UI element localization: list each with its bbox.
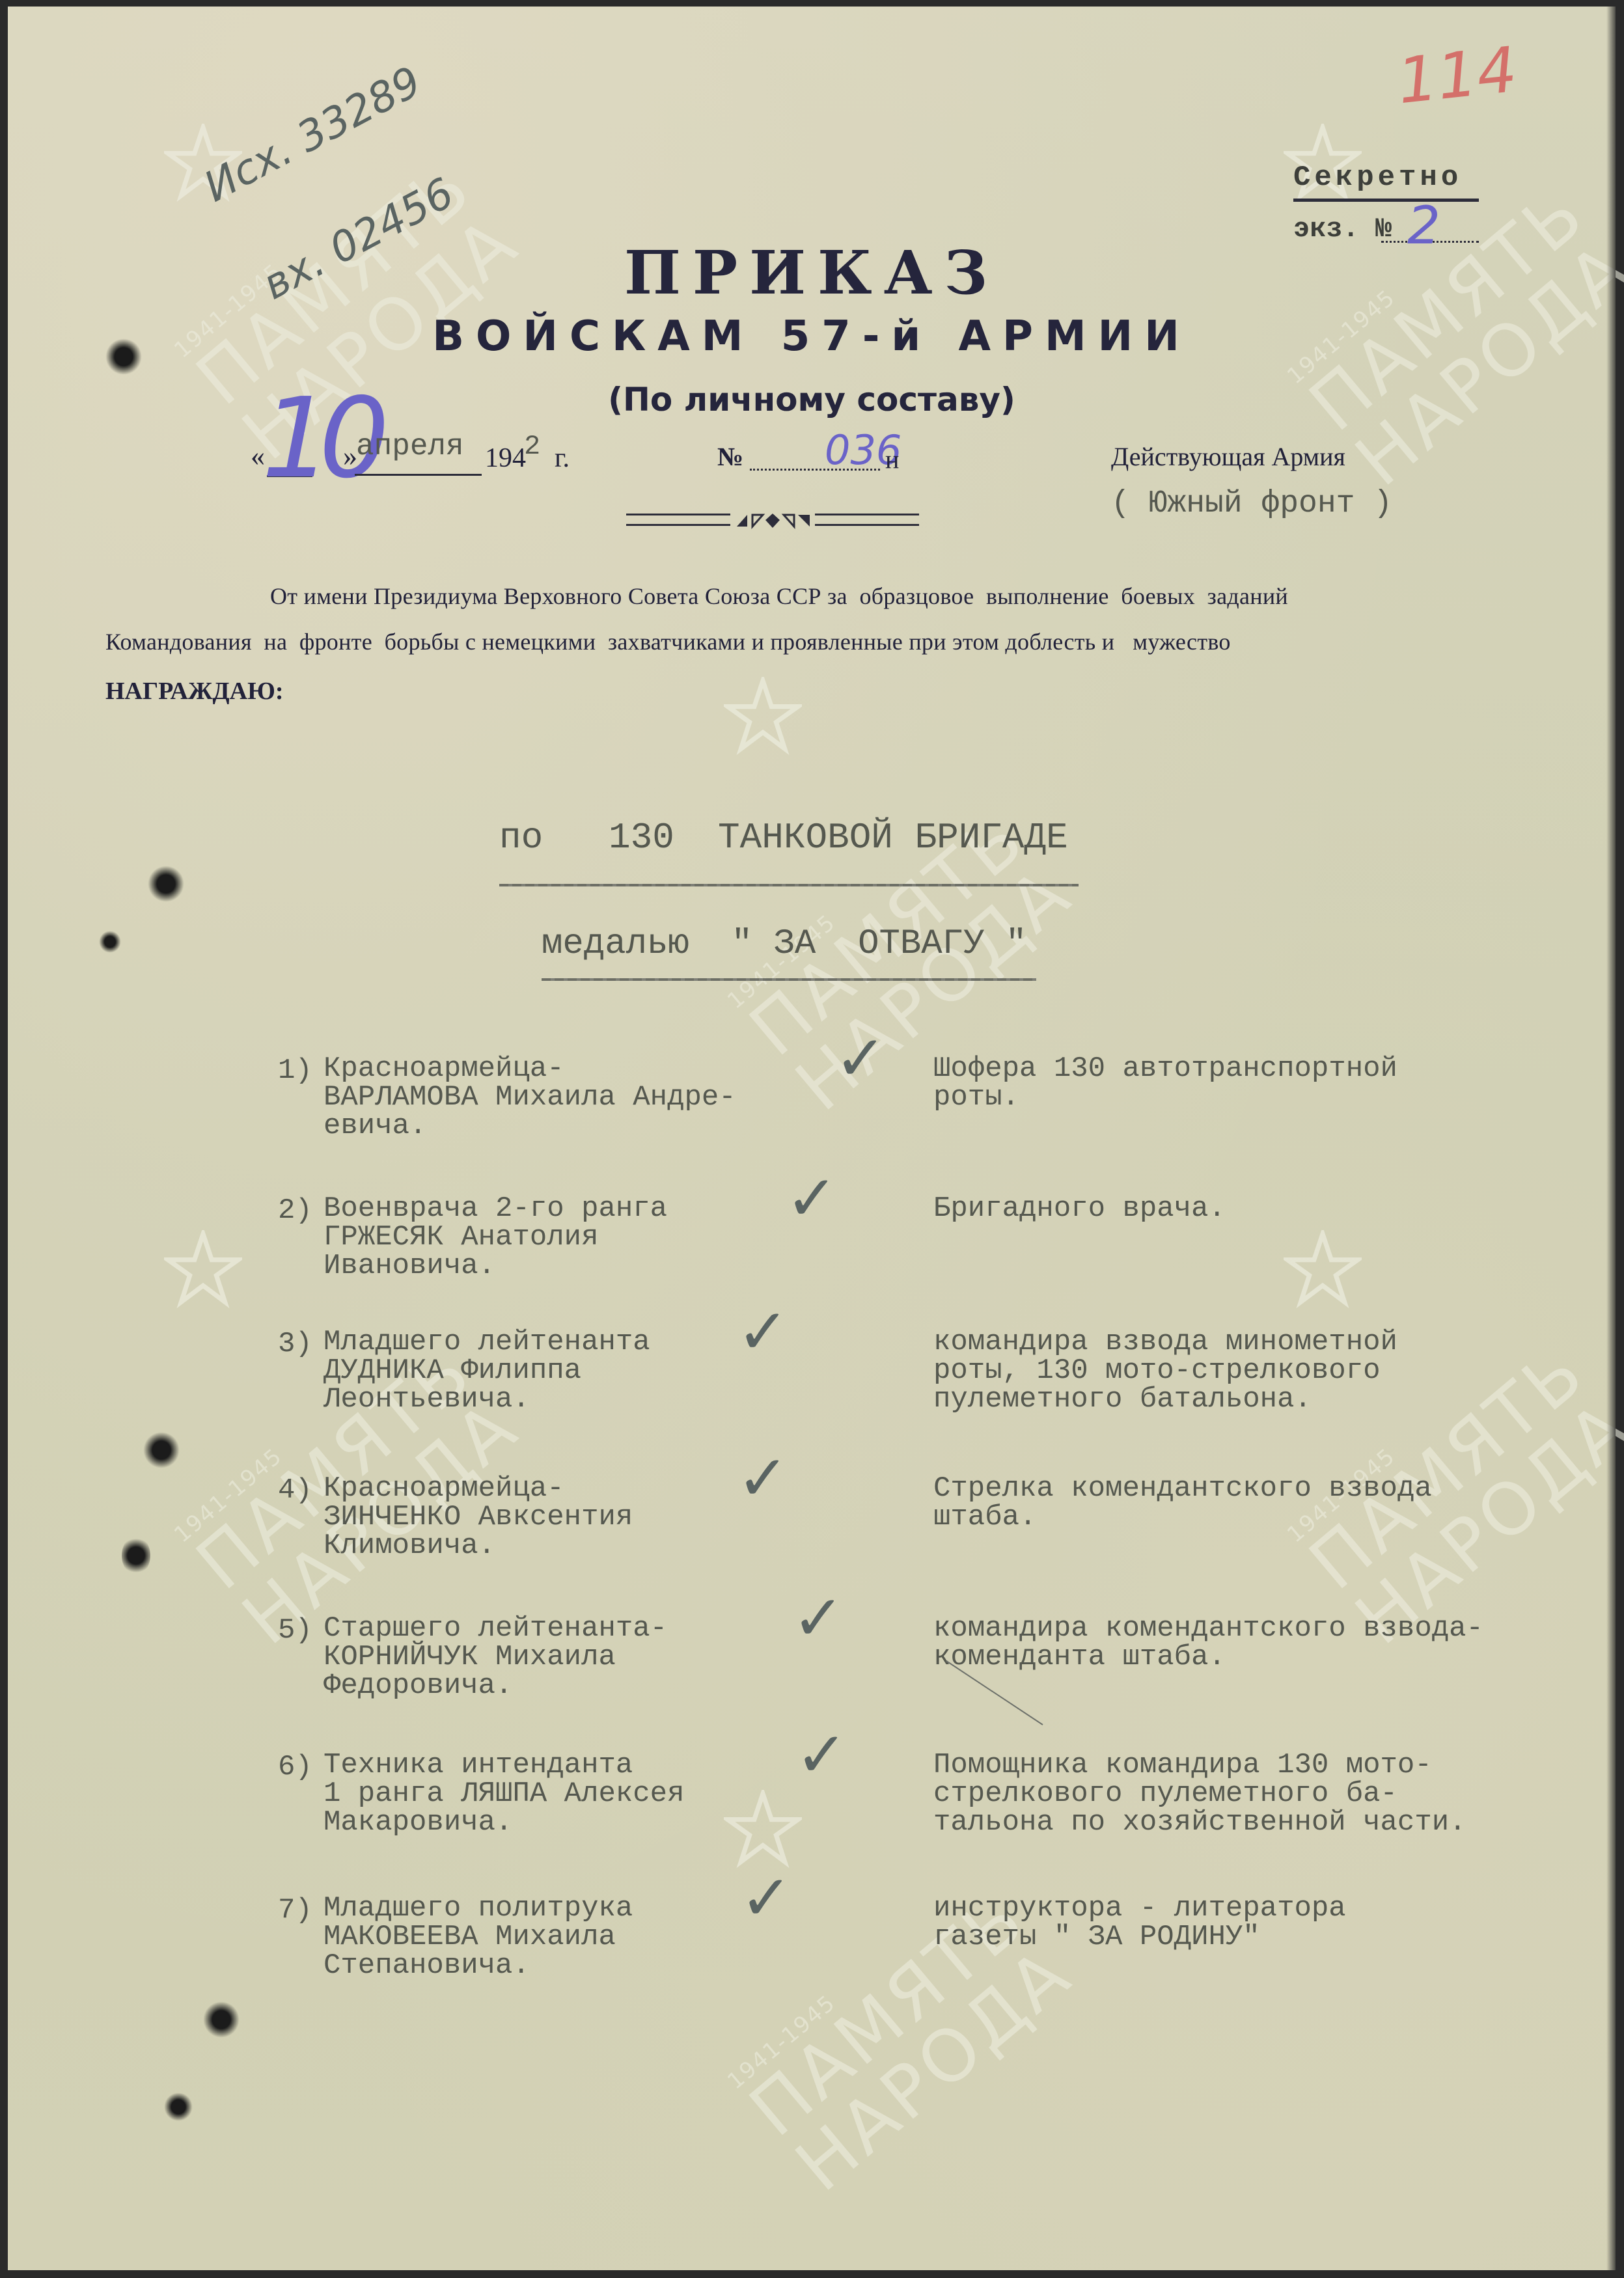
preamble-award-verb: НАГРАЖДАЮ: bbox=[105, 677, 284, 706]
awardee-position: командира взвода минометной роты, 130 мо… bbox=[933, 1328, 1397, 1414]
awardee-index: 5) bbox=[278, 1614, 312, 1647]
awardee-position: инструктора - литератора газеты " ЗА РОД… bbox=[933, 1894, 1346, 1951]
location-line2: ( Южный фронт ) bbox=[1111, 486, 1392, 521]
awardee-index: 3) bbox=[278, 1328, 312, 1360]
checkmark-icon: ✓ bbox=[737, 1442, 789, 1515]
archive-page-number: 114 bbox=[1394, 33, 1521, 118]
date-close-quote: » bbox=[343, 439, 357, 473]
awardee-index: 4) bbox=[278, 1474, 312, 1507]
preamble-line1: От имени Президиума Верховного Совета Со… bbox=[270, 583, 1288, 610]
awardee-index: 1) bbox=[278, 1054, 312, 1087]
awardee-rank-name: Младшего лейтенанта ДУДНИКА Филиппа Леон… bbox=[323, 1328, 650, 1414]
pencil-mark bbox=[945, 1660, 1049, 1731]
award-heading: медалью " ЗА ОТВАГУ " bbox=[542, 924, 1026, 964]
awardee-position: Бригадного врача. bbox=[933, 1194, 1226, 1223]
unit-heading: по 130 ТАНКОВОЙ БРИГАДЕ bbox=[499, 817, 1068, 858]
awardee-rank-name: Старшего лейтенанта- КОРНИЙЧУК Михаила Ф… bbox=[323, 1614, 667, 1700]
watermark-star-icon bbox=[164, 1230, 242, 1308]
award-heading-underline bbox=[542, 978, 1036, 981]
decorative-divider bbox=[626, 511, 919, 530]
document-page: 1941-1945 ПАМЯТЬ НАРОДА 1941-1945 ПАМЯТЬ… bbox=[8, 7, 1616, 2270]
date-year-prefix: 194 bbox=[485, 443, 526, 474]
checkmark-icon: ✓ bbox=[740, 1861, 792, 1934]
classification-label: Секретно bbox=[1293, 161, 1462, 194]
order-number-label: № bbox=[717, 441, 743, 472]
order-title: ПРИКАЗ bbox=[8, 238, 1616, 308]
date-year-suffix: 2 bbox=[524, 431, 540, 462]
binding-hole bbox=[164, 2093, 193, 2121]
preamble-line2: Командования на фронте борьбы с немецким… bbox=[105, 628, 1231, 655]
binding-hole bbox=[148, 866, 184, 902]
watermark-star-icon bbox=[1284, 1230, 1362, 1308]
binding-hole bbox=[203, 2001, 240, 2038]
awardee-rank-name: Техника интенданта 1 ранга ЛЯШПА Алексея… bbox=[323, 1751, 685, 1837]
date-month: апреля bbox=[356, 430, 464, 463]
checkmark-icon: ✓ bbox=[834, 1022, 887, 1095]
classification-underline bbox=[1293, 199, 1479, 202]
awardee-index: 2) bbox=[278, 1194, 312, 1227]
watermark-star-icon bbox=[724, 1790, 802, 1868]
date-year-unit: г. bbox=[555, 443, 570, 474]
awardee-rank-name: Красноармейца- ЗИНЧЕНКО Авксентия Климов… bbox=[323, 1474, 633, 1560]
awardee-position: Помощника командира 130 мото- стрелковог… bbox=[933, 1751, 1466, 1837]
awardee-position: Стрелка комендантского взвода штаба. bbox=[933, 1474, 1432, 1531]
awardee-rank-name: Красноармейца- ВАРЛАМОВА Михаила Андре- … bbox=[323, 1054, 736, 1140]
checkmark-icon: ✓ bbox=[795, 1718, 847, 1791]
incoming-note-1: Исх. 33289 bbox=[197, 58, 429, 212]
date-month-underline bbox=[355, 474, 482, 476]
location-line1: Действующая Армия bbox=[1111, 441, 1345, 472]
awardee-rank-name: Военврача 2-го ранга ГРЖЕСЯК Анатолия Ив… bbox=[323, 1194, 667, 1280]
page-edge bbox=[1606, 7, 1616, 2270]
awardee-rank-name: Младшего политрука МАКОВЕЕВА Михаила Сте… bbox=[323, 1894, 633, 1980]
checkmark-icon: ✓ bbox=[737, 1295, 789, 1368]
awardee-position: Шофера 130 автотранспортной роты. bbox=[933, 1054, 1397, 1112]
awardee-index: 6) bbox=[278, 1751, 312, 1783]
binding-hole bbox=[143, 1432, 180, 1468]
order-number-suffix: н bbox=[885, 444, 899, 474]
checkmark-icon: ✓ bbox=[792, 1582, 844, 1654]
unit-heading-underline bbox=[499, 884, 1079, 886]
order-subtitle: ВОЙСКАМ 57-й АРМИИ bbox=[8, 312, 1616, 361]
order-subtitle-personnel: (По личному составу) bbox=[8, 381, 1616, 419]
binding-hole bbox=[122, 1536, 150, 1575]
watermark-star-icon bbox=[724, 677, 802, 755]
binding-hole bbox=[99, 931, 121, 953]
awardee-index: 7) bbox=[278, 1894, 312, 1927]
checkmark-icon: ✓ bbox=[786, 1162, 838, 1235]
